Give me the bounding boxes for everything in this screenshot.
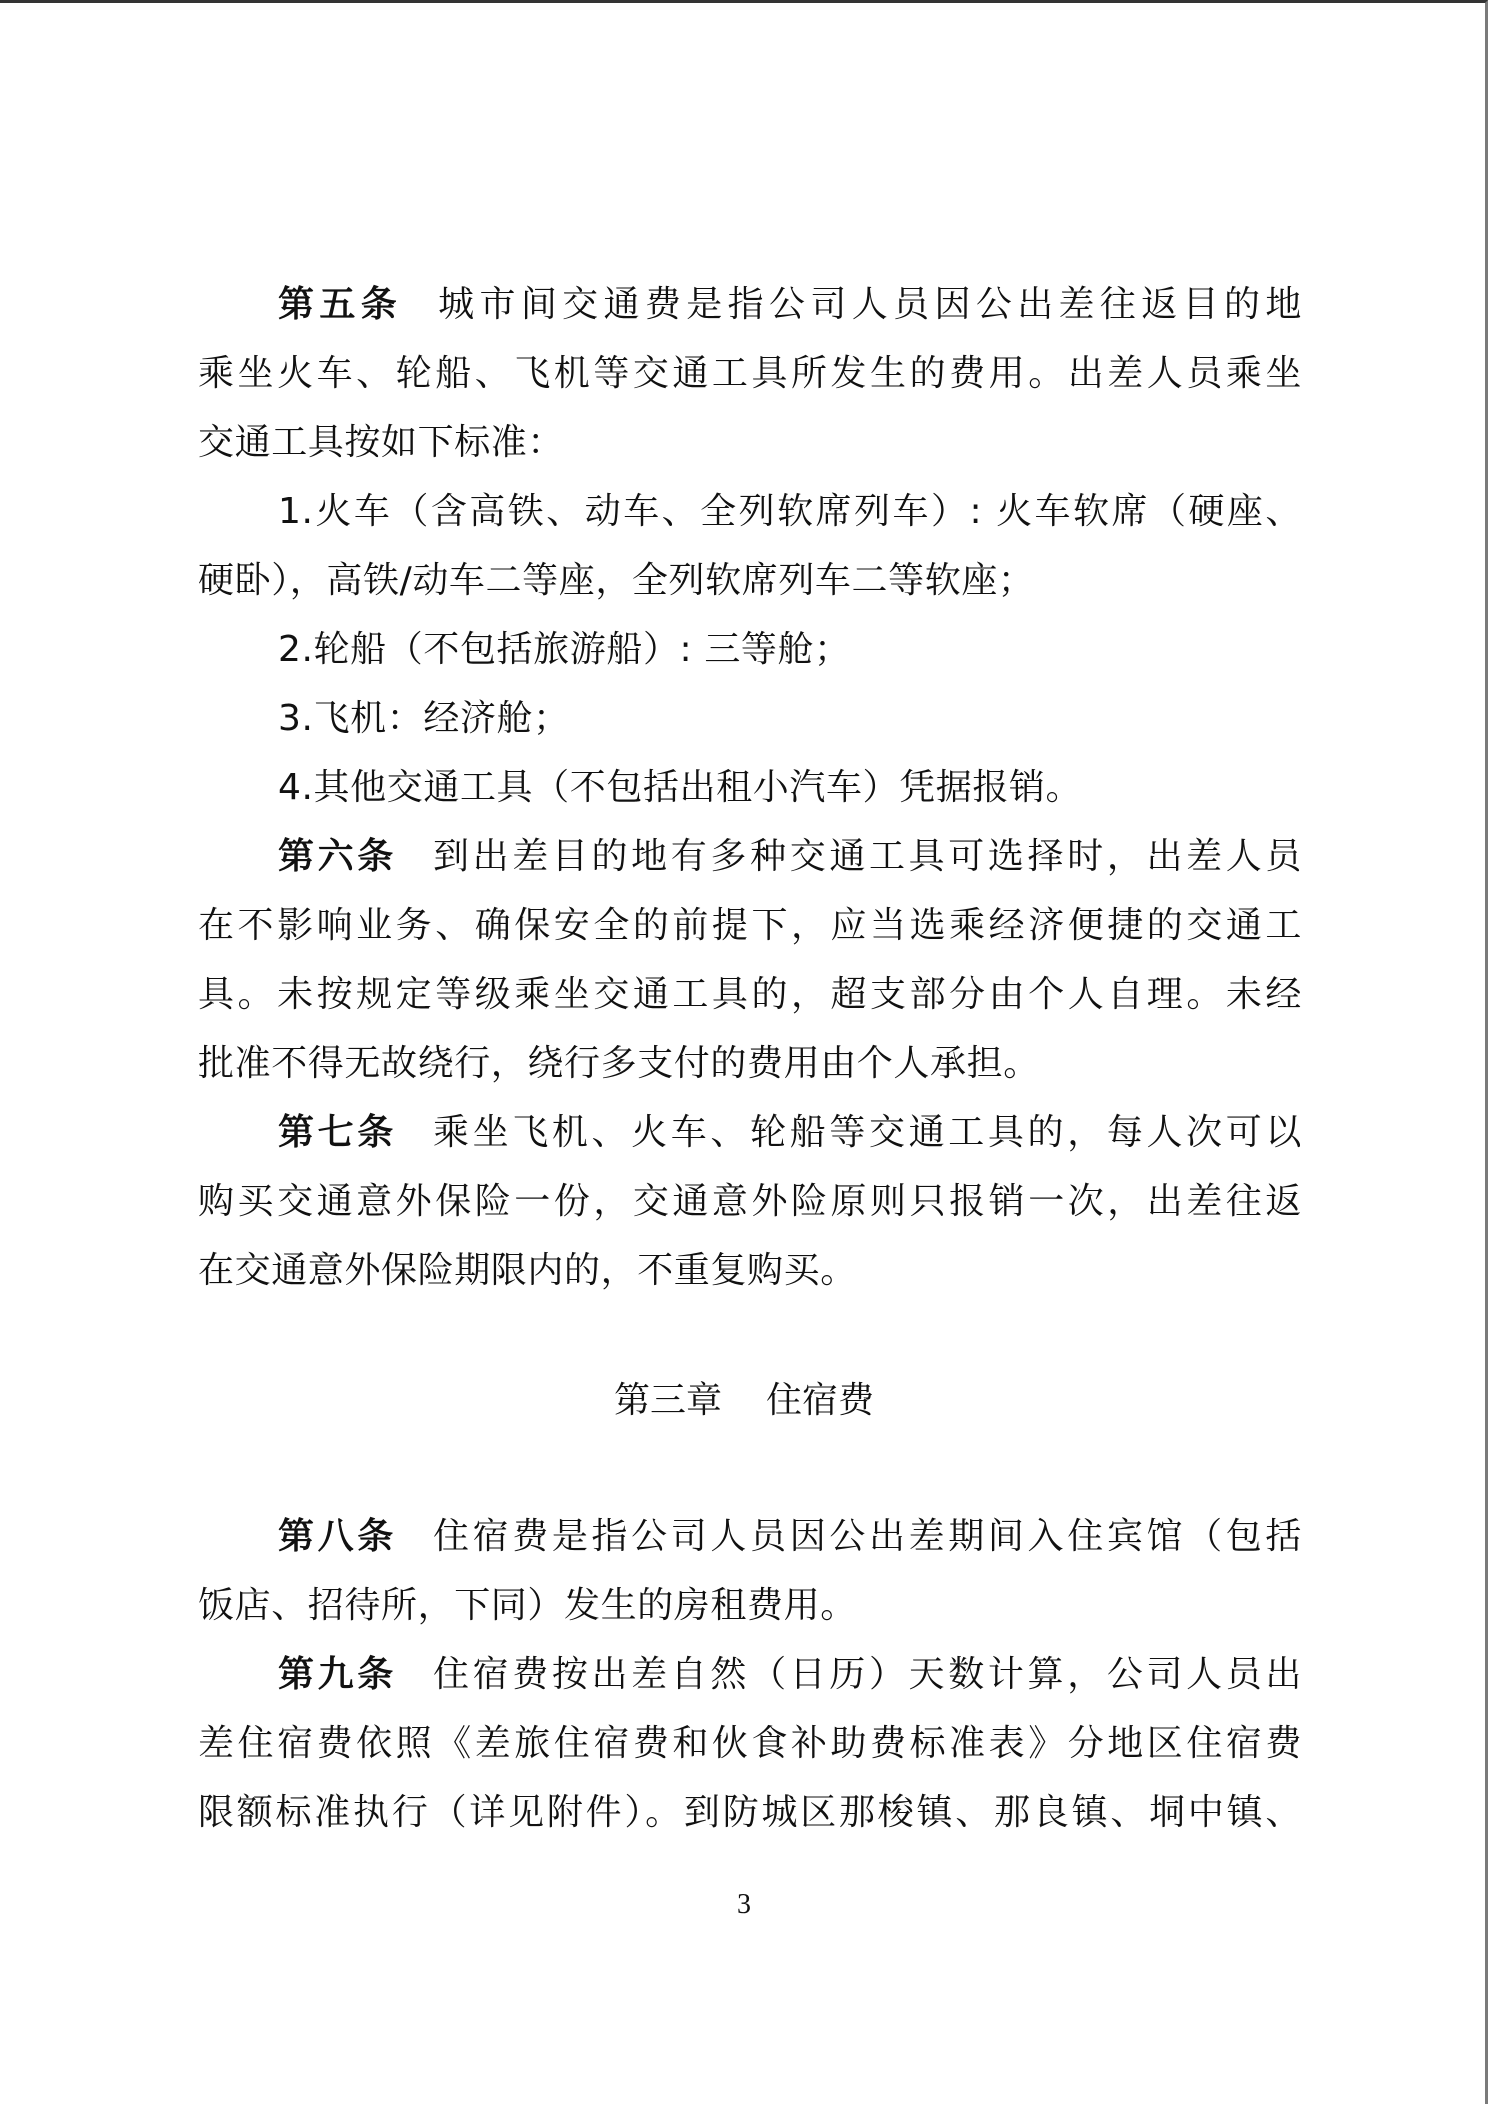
list-item-train: 1.火车（含高铁、动车、全列软席列车）: 火车软席（硬座、: [278, 482, 1302, 542]
article-6-line-2: 在不影响业务、确保安全的前提下，应当选乘经济便捷的交通工: [198, 896, 1302, 956]
article-8-number: 第八条: [278, 1516, 397, 1557]
chapter-title: 住宿费: [766, 1380, 874, 1421]
article-5-line-2: 乘坐火车、轮船、飞机等交通工具所发生的费用。出差人员乘坐: [198, 344, 1302, 404]
article-7-text: 乘坐飞机、火车、轮船等交通工具的，每人次可以: [433, 1112, 1302, 1153]
list-item-other: 4.其他交通工具（不包括出租小汽车）凭据报销。: [278, 758, 1302, 818]
chapter-number: 第三章: [614, 1380, 722, 1421]
article-5-line-1: 第五条城市间交通费是指公司人员因公出差往返目的地: [278, 275, 1302, 335]
article-9-text: 住宿费按出差自然（日历）天数计算，公司人员出: [433, 1654, 1302, 1695]
article-9-number: 第九条: [278, 1654, 397, 1695]
article-7-line-1: 第七条乘坐飞机、火车、轮船等交通工具的，每人次可以: [278, 1103, 1302, 1163]
chapter-heading: 第三章住宿费: [0, 1371, 1488, 1431]
article-8-line-2: 饭店、招待所，下同）发生的房租费用。: [198, 1576, 1302, 1636]
article-7-line-2: 购买交通意外保险一份，交通意外险原则只报销一次，出差往返: [198, 1172, 1302, 1232]
list-item-plane: 3.飞机：经济舱；: [278, 689, 1302, 749]
article-6-line-1: 第六条到出差目的地有多种交通工具可选择时，出差人员: [278, 827, 1302, 887]
article-9-line-2: 差住宿费依照《差旅住宿费和伙食补助费标准表》分地区住宿费: [198, 1714, 1302, 1774]
article-7-line-3: 在交通意外保险期限内的，不重复购买。: [198, 1241, 1302, 1301]
article-9-line-1: 第九条住宿费按出差自然（日历）天数计算，公司人员出: [278, 1645, 1302, 1705]
list-item-train-cont: 硬卧），高铁/动车二等座，全列软席列车二等软座；: [198, 551, 1302, 611]
article-6-line-3: 具。未按规定等级乘坐交通工具的，超支部分由个人自理。未经: [198, 965, 1302, 1025]
article-6-text: 到出差目的地有多种交通工具可选择时，出差人员: [433, 836, 1302, 877]
article-8-text: 住宿费是指公司人员因公出差期间入住宾馆（包括: [433, 1516, 1302, 1557]
page-number: 3: [0, 1885, 1488, 1925]
article-7-number: 第七条: [278, 1112, 397, 1153]
article-6-number: 第六条: [278, 836, 397, 877]
article-5-text: 城市间交通费是指公司人员因公出差往返目的地: [438, 284, 1302, 325]
article-9-line-3: 限额标准执行（详见附件）。到防城区那梭镇、那良镇、垌中镇、: [198, 1783, 1302, 1843]
document-page: 第五条城市间交通费是指公司人员因公出差往返目的地 乘坐火车、轮船、飞机等交通工具…: [0, 0, 1488, 2104]
article-6-line-4: 批准不得无故绕行，绕行多支付的费用由个人承担。: [198, 1034, 1302, 1094]
article-5-number: 第五条: [278, 284, 402, 325]
article-8-line-1: 第八条住宿费是指公司人员因公出差期间入住宾馆（包括: [278, 1507, 1302, 1567]
list-item-ship: 2.轮船（不包括旅游船）: 三等舱；: [278, 620, 1302, 680]
article-5-line-3: 交通工具按如下标准：: [198, 413, 1302, 473]
